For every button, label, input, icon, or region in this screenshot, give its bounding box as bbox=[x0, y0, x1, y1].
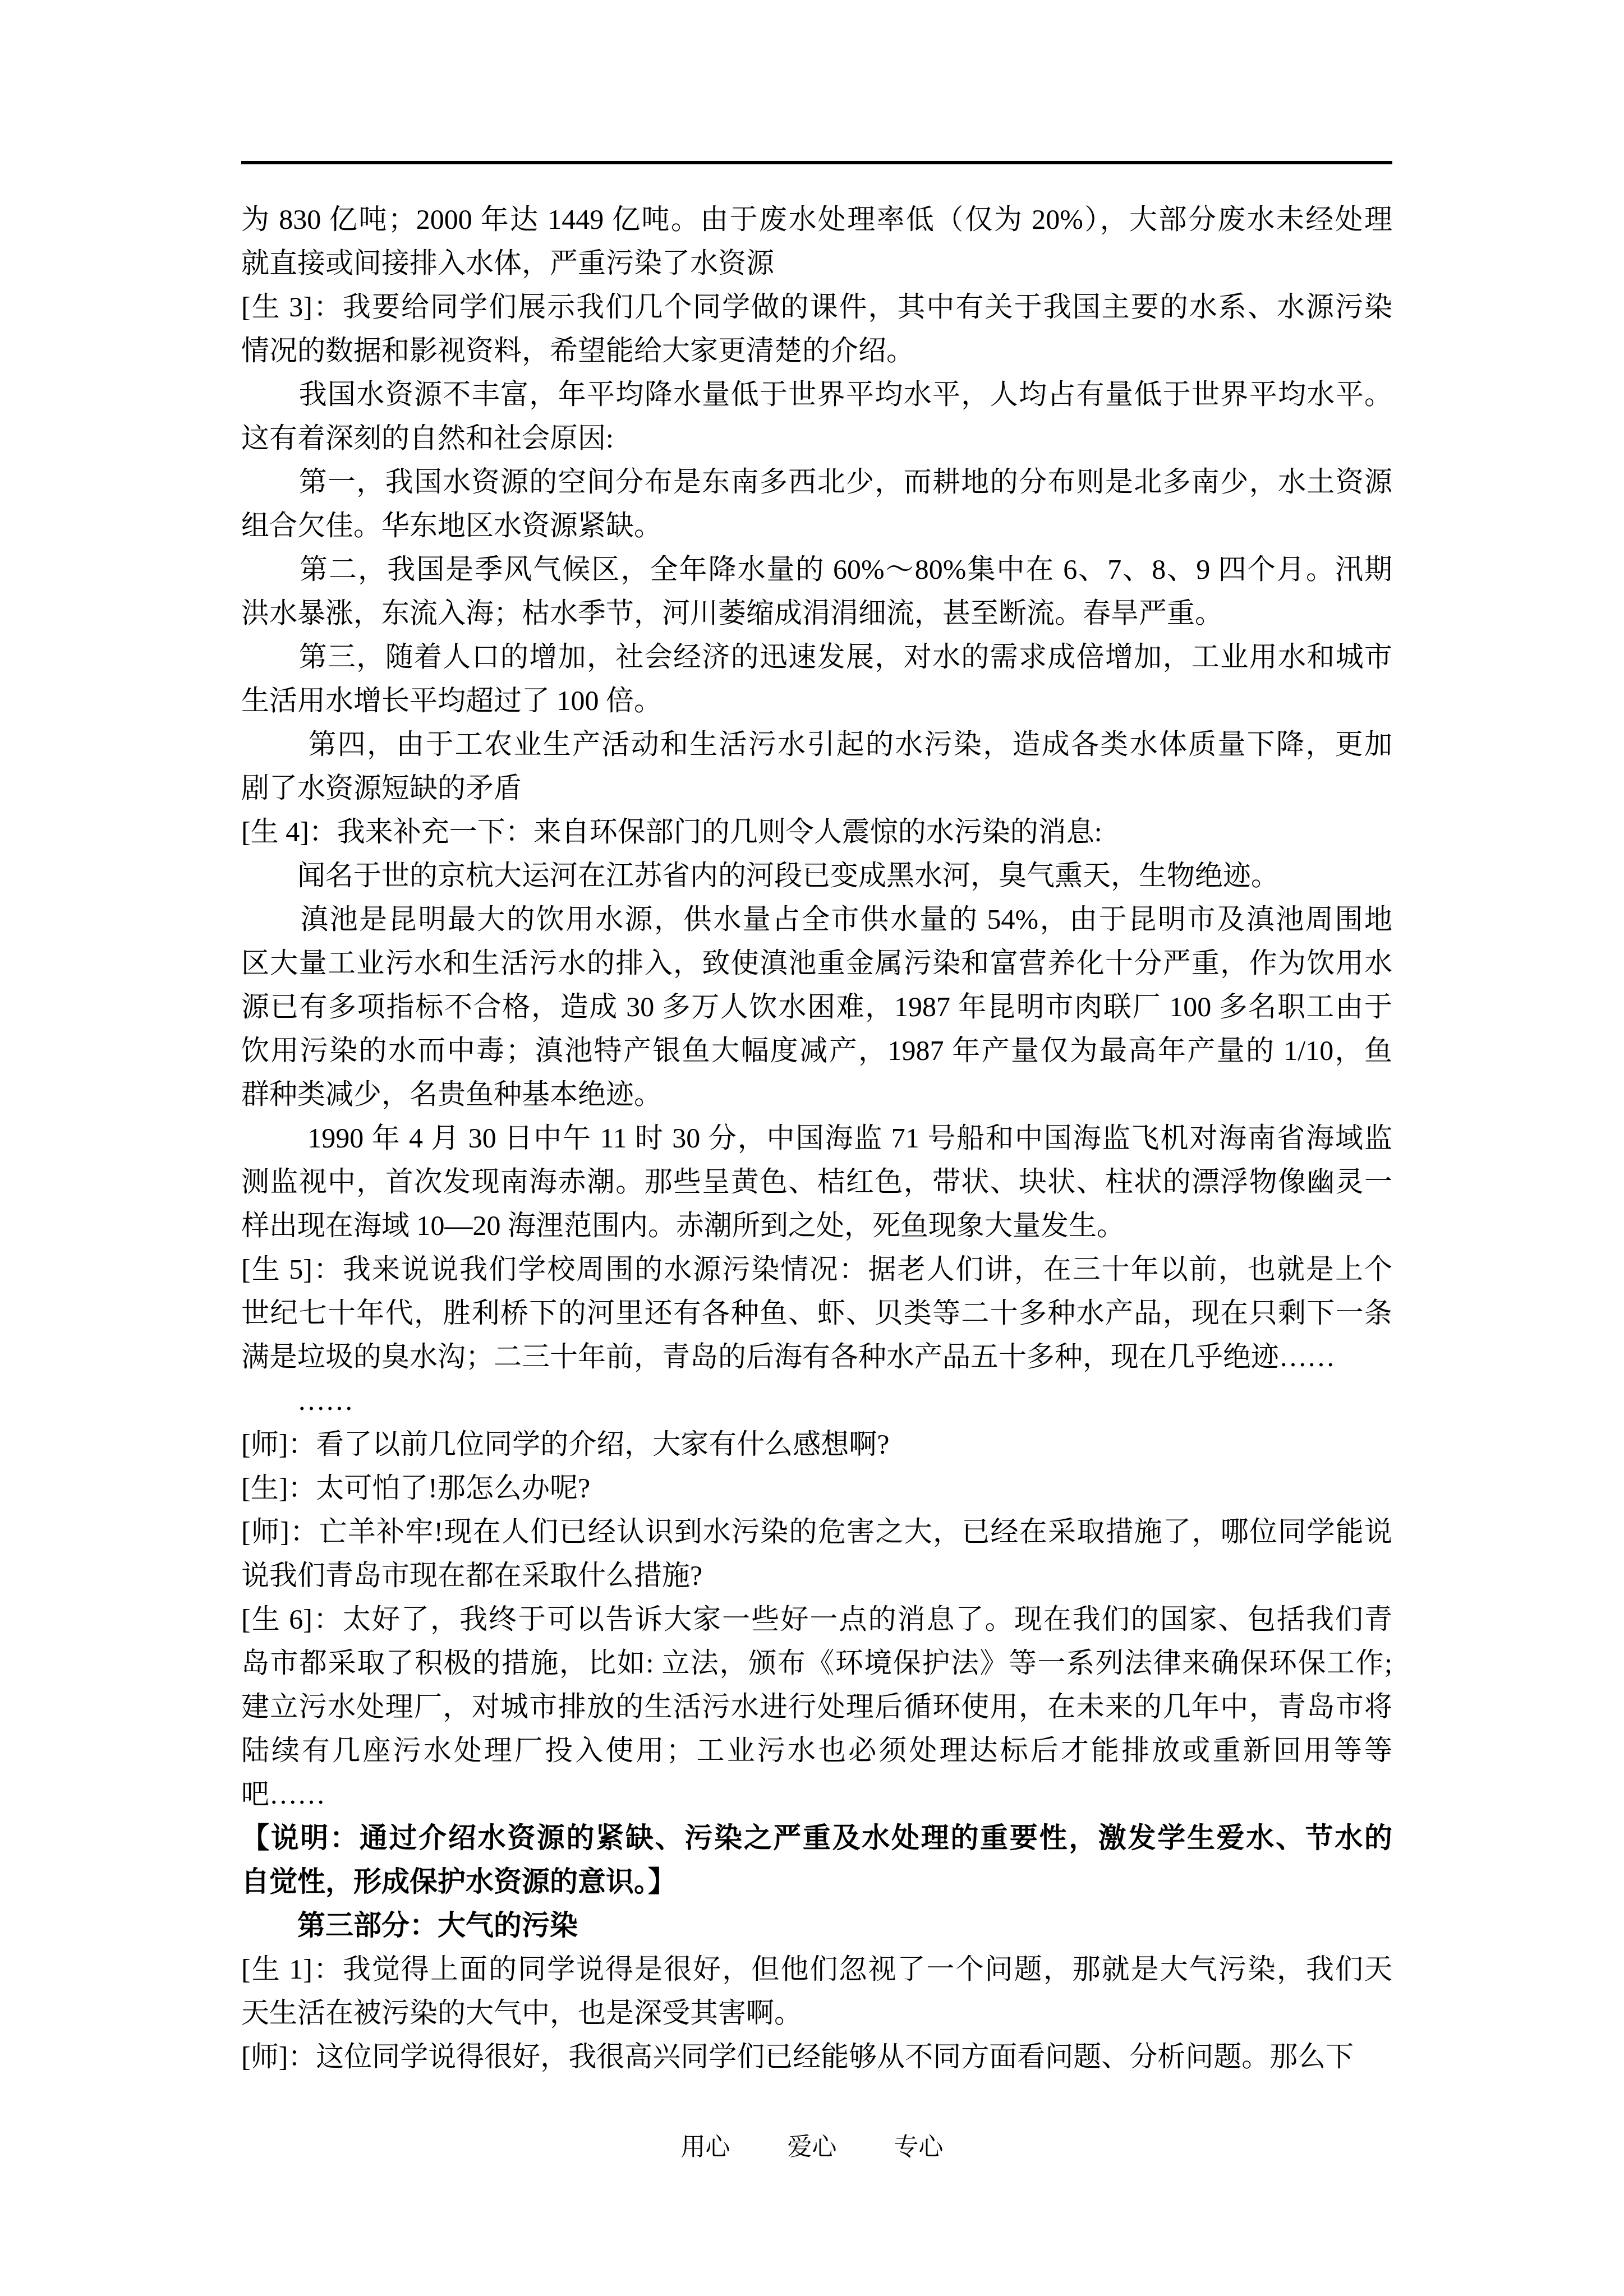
paragraph-line: 满是垃圾的臭水沟；二三十年前，青岛的后海有各种水产品五十多种，现在几乎绝迹…… bbox=[241, 1335, 1392, 1378]
paragraph-line: 吧…… bbox=[241, 1772, 1392, 1816]
paragraph-line: 为 830 亿吨；2000 年达 1449 亿吨。由于废水处理率低（仅为 20%… bbox=[241, 197, 1392, 241]
paragraph-line: 岛市都采取了积极的措施，比如: 立法，颁布《环境保护法》等一系列法律来确保环保工… bbox=[241, 1641, 1392, 1685]
footer-item: 专心 bbox=[894, 2130, 944, 2165]
document-body: 为 830 亿吨；2000 年达 1449 亿吨。由于废水处理率低（仅为 20%… bbox=[241, 197, 1392, 2078]
paragraph-line: 情况的数据和影视资料，希望能给大家更清楚的介绍。 bbox=[241, 329, 1392, 372]
paragraph-line: 天生活在被污染的大气中，也是深受其害啊。 bbox=[241, 1991, 1392, 2035]
paragraph-line: 源已有多项指标不合格，造成 30 多万人饮水困难，1987 年昆明市肉联厂 10… bbox=[241, 985, 1392, 1029]
paragraph-line: 测监视中，首次发现南海赤潮。那些呈黄色、桔红色，带状、块状、柱状的漂浮物像幽灵一 bbox=[241, 1160, 1392, 1204]
paragraph-line: [生 5]：我来说说我们学校周围的水源污染情况：据老人们讲，在三十年以前，也就是… bbox=[241, 1247, 1392, 1291]
paragraph-line: …… bbox=[241, 1378, 1392, 1422]
paragraph-line: 第二，我国是季风气候区，全年降水量的 60%～80%集中在 6、7、8、9 四个… bbox=[241, 547, 1392, 591]
paragraph-line: 组合欠佳。华东地区水资源紧缺。 bbox=[241, 504, 1392, 547]
paragraph-line: 建立污水处理厂，对城市排放的生活污水进行处理后循环使用，在未来的几年中，青岛市将 bbox=[241, 1685, 1392, 1728]
paragraph-line: 就直接或间接排入水体，严重污染了水资源 bbox=[241, 241, 1392, 285]
paragraph-line: 自觉性，形成保护水资源的意识。】 bbox=[241, 1860, 1392, 1903]
paragraph-line: [师]：亡羊补牢!现在人们已经认识到水污染的危害之大，已经在采取措施了，哪位同学… bbox=[241, 1510, 1392, 1553]
paragraph-line: 生活用水增长平均超过了 100 倍。 bbox=[241, 679, 1392, 722]
paragraph-line: 第三，随着人口的增加，社会经济的迅速发展，对水的需求成倍增加，工业用水和城市 bbox=[241, 635, 1392, 679]
paragraph-line: 样出现在海域 10—20 海浬范围内。赤潮所到之处，死鱼现象大量发生。 bbox=[241, 1204, 1392, 1247]
paragraph-line: [生 6]：太好了，我终于可以告诉大家一些好一点的消息了。现在我们的国家、包括我… bbox=[241, 1597, 1392, 1641]
footer-item: 爱心 bbox=[788, 2130, 837, 2165]
paragraph-line: [生 3]：我要给同学们展示我们几个同学做的课件，其中有关于我国主要的水系、水源… bbox=[241, 285, 1392, 329]
header-rule bbox=[241, 161, 1392, 164]
paragraph-line: 这有着深刻的自然和社会原因: bbox=[241, 416, 1392, 460]
paragraph-line: 说我们青岛市现在都在采取什么措施? bbox=[241, 1553, 1392, 1597]
paragraph-line: 区大量工业污水和生活污水的排入，致使滇池重金属污染和富营养化十分严重，作为饮用水 bbox=[241, 941, 1392, 985]
paragraph-line: 世纪七十年代，胜利桥下的河里还有各种鱼、虾、贝类等二十多种水产品，现在只剩下一条 bbox=[241, 1291, 1392, 1335]
paragraph-line: 剧了水资源短缺的矛盾 bbox=[241, 766, 1392, 810]
paragraph-line: 闻名于世的京杭大运河在江苏省内的河段已变成黑水河，臭气熏天，生物绝迹。 bbox=[241, 854, 1392, 897]
paragraph-line: 第三部分：大气的污染 bbox=[241, 1903, 1392, 1947]
paragraph-line: [生]：太可怕了!那怎么办呢? bbox=[241, 1466, 1392, 1510]
paragraph-line: 第一，我国水资源的空间分布是东南多西北少，而耕地的分布则是北多南少，水土资源 bbox=[241, 460, 1392, 504]
paragraph-line: 第四，由于工农业生产活动和生活污水引起的水污染，造成各类水体质量下降，更加 bbox=[241, 722, 1392, 766]
paragraph-line: [师]：看了以前几位同学的介绍，大家有什么感想啊? bbox=[241, 1422, 1392, 1466]
footer-item: 用心 bbox=[681, 2130, 730, 2165]
document-page: 为 830 亿吨；2000 年达 1449 亿吨。由于废水处理率低（仅为 20%… bbox=[0, 0, 1624, 2296]
paragraph-line: 饮用污染的水而中毒；滇池特产银鱼大幅度减产，1987 年产量仅为最高年产量的 1… bbox=[241, 1029, 1392, 1072]
paragraph-line: 滇池是昆明最大的饮用水源，供水量占全市供水量的 54%，由于昆明市及滇池周围地 bbox=[241, 897, 1392, 941]
paragraph-line: [生 1]：我觉得上面的同学说得是很好，但他们忽视了一个问题，那就是大气污染，我… bbox=[241, 1947, 1392, 1991]
paragraph-line: 1990 年 4 月 30 日中午 11 时 30 分，中国海监 71 号船和中… bbox=[241, 1116, 1392, 1160]
paragraph-line: 【说明：通过介绍水资源的紧缺、污染之严重及水处理的重要性，激发学生爱水、节水的 bbox=[241, 1816, 1392, 1860]
page-footer: 用心 爱心 专心 bbox=[0, 2130, 1624, 2165]
paragraph-line: [生 4]：我来补充一下：来自环保部门的几则令人震惊的水污染的消息: bbox=[241, 810, 1392, 854]
paragraph-line: 陆续有几座污水处理厂投入使用；工业污水也必须处理达标后才能排放或重新回用等等 bbox=[241, 1728, 1392, 1772]
paragraph-line: 洪水暴涨，东流入海；枯水季节，河川萎缩成涓涓细流，甚至断流。春旱严重。 bbox=[241, 591, 1392, 635]
paragraph-line: [师]：这位同学说得很好，我很高兴同学们已经能够从不同方面看问题、分析问题。那么… bbox=[241, 2035, 1392, 2078]
paragraph-line: 我国水资源不丰富，年平均降水量低于世界平均水平，人均占有量低于世界平均水平。 bbox=[241, 372, 1392, 416]
paragraph-line: 群种类减少，名贵鱼种基本绝迹。 bbox=[241, 1072, 1392, 1116]
